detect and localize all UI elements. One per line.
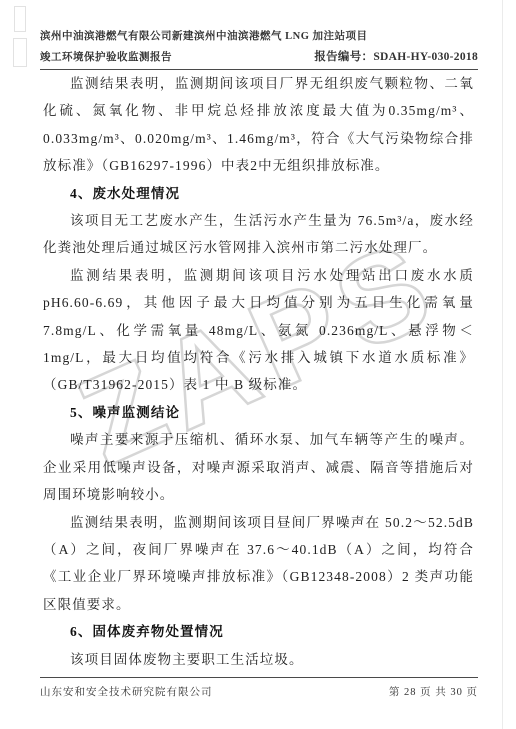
footer-page-info: 第 28 页 共 30 页	[389, 684, 478, 699]
scan-artifact-mark	[14, 6, 26, 32]
footer-company: 山东安和安全技术研究院有限公司	[40, 684, 213, 699]
report-footer: 山东安和安全技术研究院有限公司 第 28 页 共 30 页	[40, 677, 478, 699]
paragraph-wastewater-intro: 该项目无工艺废水产生，生活污水产生量为 76.5m³/a，废水经化粪池处理后通过…	[43, 207, 474, 262]
paragraph-air-results: 监测结果表明，监测期间该项目厂界无组织废气颗粒物、二氧化硫、氮氧化物、非甲烷总烃…	[43, 70, 474, 180]
project-title: 滨州中油滨港燃气有限公司新建滨州中油滨港燃气 LNG 加注站项目	[40, 28, 478, 43]
paragraph-solid-waste: 该项目固体废物主要职工生活垃圾。	[43, 646, 474, 673]
report-header: 滨州中油滨港燃气有限公司新建滨州中油滨港燃气 LNG 加注站项目 竣工环境保护验…	[40, 28, 478, 70]
paragraph-wastewater-results: 监测结果表明，监测期间该项目污水处理站出口废水水质pH6.60-6.69，其他因…	[43, 262, 474, 399]
report-number-value: SDAH-HY-030-2018	[373, 51, 478, 63]
report-number-label: 报告编号：	[314, 51, 373, 63]
section-heading-wastewater: 4、废水处理情况	[43, 180, 474, 207]
paragraph-noise-sources: 噪声主要来源于压缩机、循环水泵、加气车辆等产生的噪声。企业采用低噪声设备，对噪声…	[43, 426, 474, 508]
scan-artifact-mark	[13, 38, 27, 67]
report-body: 监测结果表明，监测期间该项目厂界无组织废气颗粒物、二氧化硫、氮氧化物、非甲烷总烃…	[43, 70, 474, 673]
paragraph-noise-results: 监测结果表明，监测期间该项目昼间厂界噪声在 50.2～52.5dB（A）之间，夜…	[43, 509, 474, 619]
document-page: ZAPS 滨州中油滨港燃气有限公司新建滨州中油滨港燃气 LNG 加注站项目 竣工…	[0, 0, 516, 729]
report-number: 报告编号：SDAH-HY-030-2018	[314, 48, 478, 64]
report-title: 竣工环境保护验收监测报告	[40, 49, 172, 64]
page-edge-shadow	[502, 0, 503, 729]
section-heading-noise: 5、噪声监测结论	[43, 399, 474, 426]
section-heading-solid-waste: 6、固体废弃物处置情况	[43, 618, 474, 645]
